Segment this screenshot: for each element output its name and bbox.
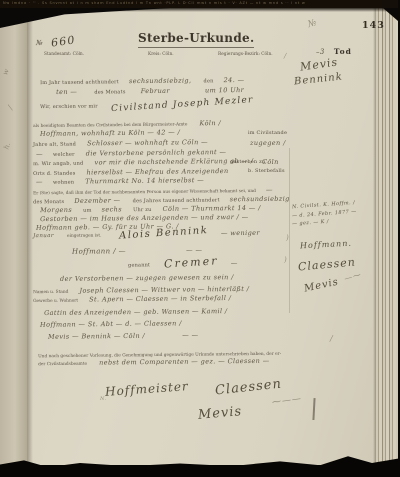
form-line-registrar: Wir, erschien vor mir Civilstand Joseph … xyxy=(40,91,254,112)
signature-registrar: Hoffmeister xyxy=(105,379,189,399)
margin-signature-claessen: Claessen xyxy=(298,256,357,274)
form-line-final-entry: Mevis — Bennink — Cöln ∕ — — xyxy=(48,322,199,343)
page-number-stamp: 143 xyxy=(362,20,385,31)
record-number-label: № xyxy=(36,39,43,47)
margin-signature-hoffmann: Hoffmann. xyxy=(300,239,352,251)
handwritten-entry: Januar xyxy=(33,233,54,239)
pencil-mark: ∕ xyxy=(284,52,287,60)
signature-flourish: ⁓—— xyxy=(271,394,302,408)
bleed-through-mark: ∕ xyxy=(6,104,15,110)
printed-right-label: gestorben zu xyxy=(230,159,265,165)
margin-note-2: — d. 24. Febr. 1877 — xyxy=(292,209,357,219)
page-stack-edge xyxy=(376,8,396,465)
bleed-through-mark: h. xyxy=(3,142,13,151)
pencil-flourish: № xyxy=(307,18,319,30)
handwritten-entry: Hoffmann ∕ — xyxy=(72,247,126,256)
margin-name-mevis: Mevis xyxy=(299,55,339,73)
printed-right-label: im Civilstande xyxy=(248,130,287,136)
margin-note-3: — gez. — K ∕ xyxy=(292,219,329,228)
printed-text: Wir, erschien vor mir xyxy=(40,104,98,111)
handwritten-right-entry: Cöln xyxy=(262,158,279,166)
film-strip-text: Nw lmdna · '' . Ss Snvmnt at i n m sham … xyxy=(3,1,306,5)
document-title: Sterbe-Urkunde. xyxy=(138,31,254,48)
adjacent-page-edge: w ∕ h. xyxy=(0,8,27,465)
district-standesamt: Standesamt: Cöln. xyxy=(44,52,84,57)
bleed-through-mark: w xyxy=(1,68,11,76)
record-number-value: 660 xyxy=(50,33,76,49)
district-bezirk: Regierungs-Bezirk: Cöln. xyxy=(218,52,273,57)
margin-signature-flourish: —⁓ xyxy=(343,270,363,283)
margin-signature-mevis: Mevis xyxy=(303,276,340,294)
document-page: w ∕ h. № 660 Sterbe-Urkunde. № –3 Tod 14… xyxy=(0,8,398,465)
handwritten-entry: nebst dem Comparenten — gez. — Claessen … xyxy=(99,357,270,367)
handwritten-entry: Mevis — Bennink — Cöln ∕ xyxy=(48,332,145,341)
margin-name-bennink: Bennink xyxy=(294,71,344,87)
printed-right-label: b. Sterbefalls xyxy=(248,168,285,174)
pen-stroke xyxy=(312,398,315,420)
pencil-check-mark: ∕ xyxy=(330,334,333,343)
microfilm-header-strip: Nw lmdna · '' . Ss Snvmnt at i n m sham … xyxy=(0,0,400,8)
handwritten-entry: Köln ∕ xyxy=(199,119,221,127)
scanned-record-viewport: Nw lmdna · '' . Ss Snvmnt at i n m sham … xyxy=(0,0,400,477)
record-number: № 660 xyxy=(36,30,76,49)
handwritten-entry: — — xyxy=(182,331,198,339)
handwritten-entry: — weniger xyxy=(221,229,260,237)
closing-line-2: der Civilstandsbeamte nebst dem Comparen… xyxy=(38,348,270,369)
pencil-paren-mark: ) xyxy=(284,256,287,264)
signature-party: Mevis xyxy=(197,404,242,423)
district-kreis: Kreis: Cöln. xyxy=(148,52,174,57)
pencil-paren-mark: ) xyxy=(286,234,289,242)
signature-witness: Claessen xyxy=(214,377,282,399)
handwritten-right-entry: zugegen ∕ xyxy=(250,139,286,147)
margin-crease-line xyxy=(289,148,290,313)
death-mark: –3 xyxy=(316,48,325,56)
printed-text: der Civilstandsbeamte xyxy=(38,362,87,368)
